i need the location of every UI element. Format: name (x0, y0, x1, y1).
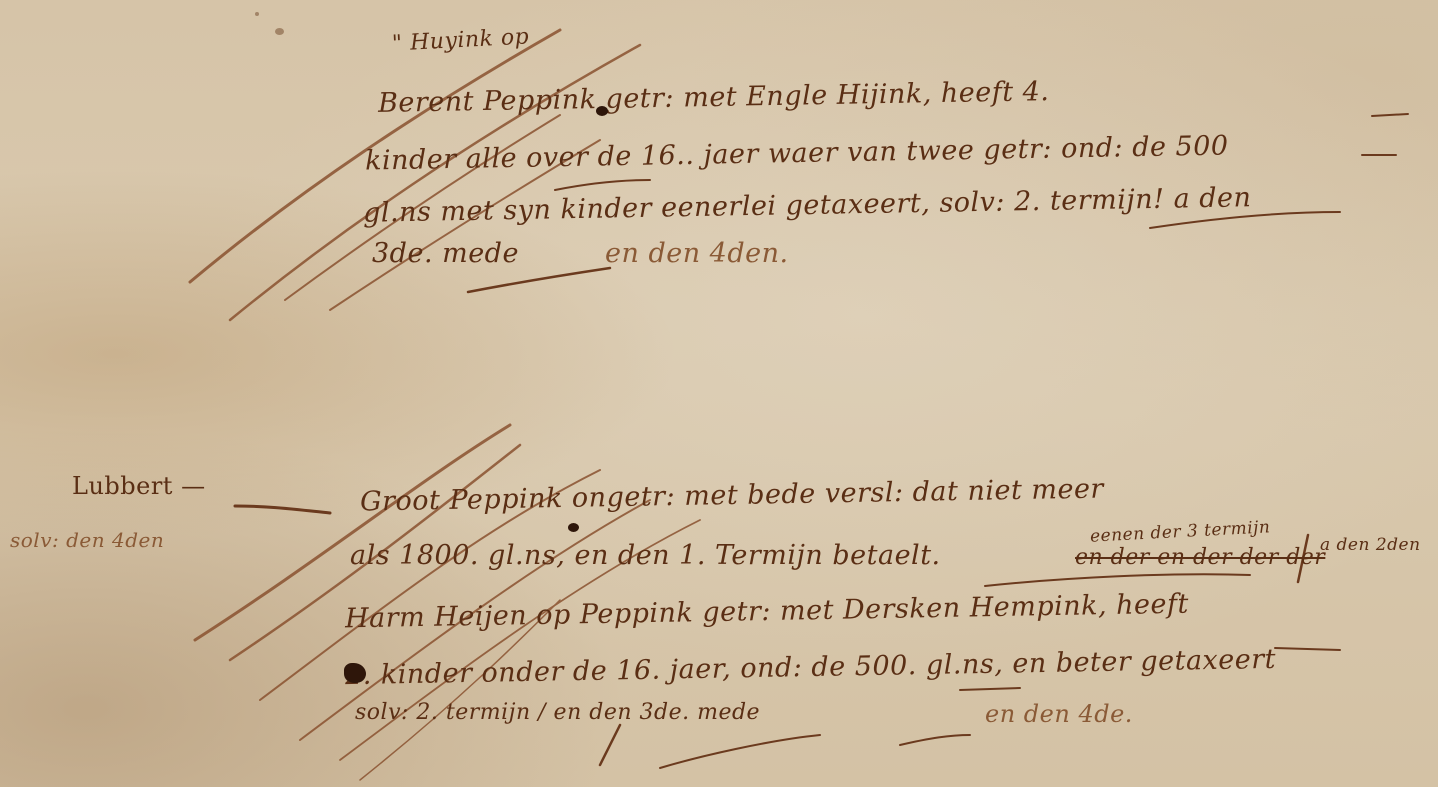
entry-2-struck-text: en der en der der der (1075, 545, 1325, 570)
entry-2-margin-right: a den 2den (1320, 535, 1421, 555)
paper-speck (255, 12, 259, 16)
ink-blot (596, 106, 608, 116)
entry-1-line-4: 3de. mede (372, 238, 519, 269)
ink-blot (568, 523, 579, 532)
paper-speck (275, 28, 284, 35)
entry-2-margin-name: Lubbert — (72, 472, 206, 500)
entry-2-line-5: solv: 2. termijn / en den 3de. mede (355, 700, 760, 725)
entry-2-margin-note: solv: den 4den (10, 528, 164, 552)
entry-1-line-4-addendum: en den 4den. (605, 238, 789, 269)
ink-blot (344, 663, 366, 683)
document-page: " Huyink op Berent Peppink getr: met Eng… (0, 0, 1438, 787)
entry-2-line-2: als 1800. gl.ns, en den 1. Termijn betae… (350, 540, 941, 571)
entry-2-line-5-addendum: en den 4de. (985, 700, 1133, 728)
